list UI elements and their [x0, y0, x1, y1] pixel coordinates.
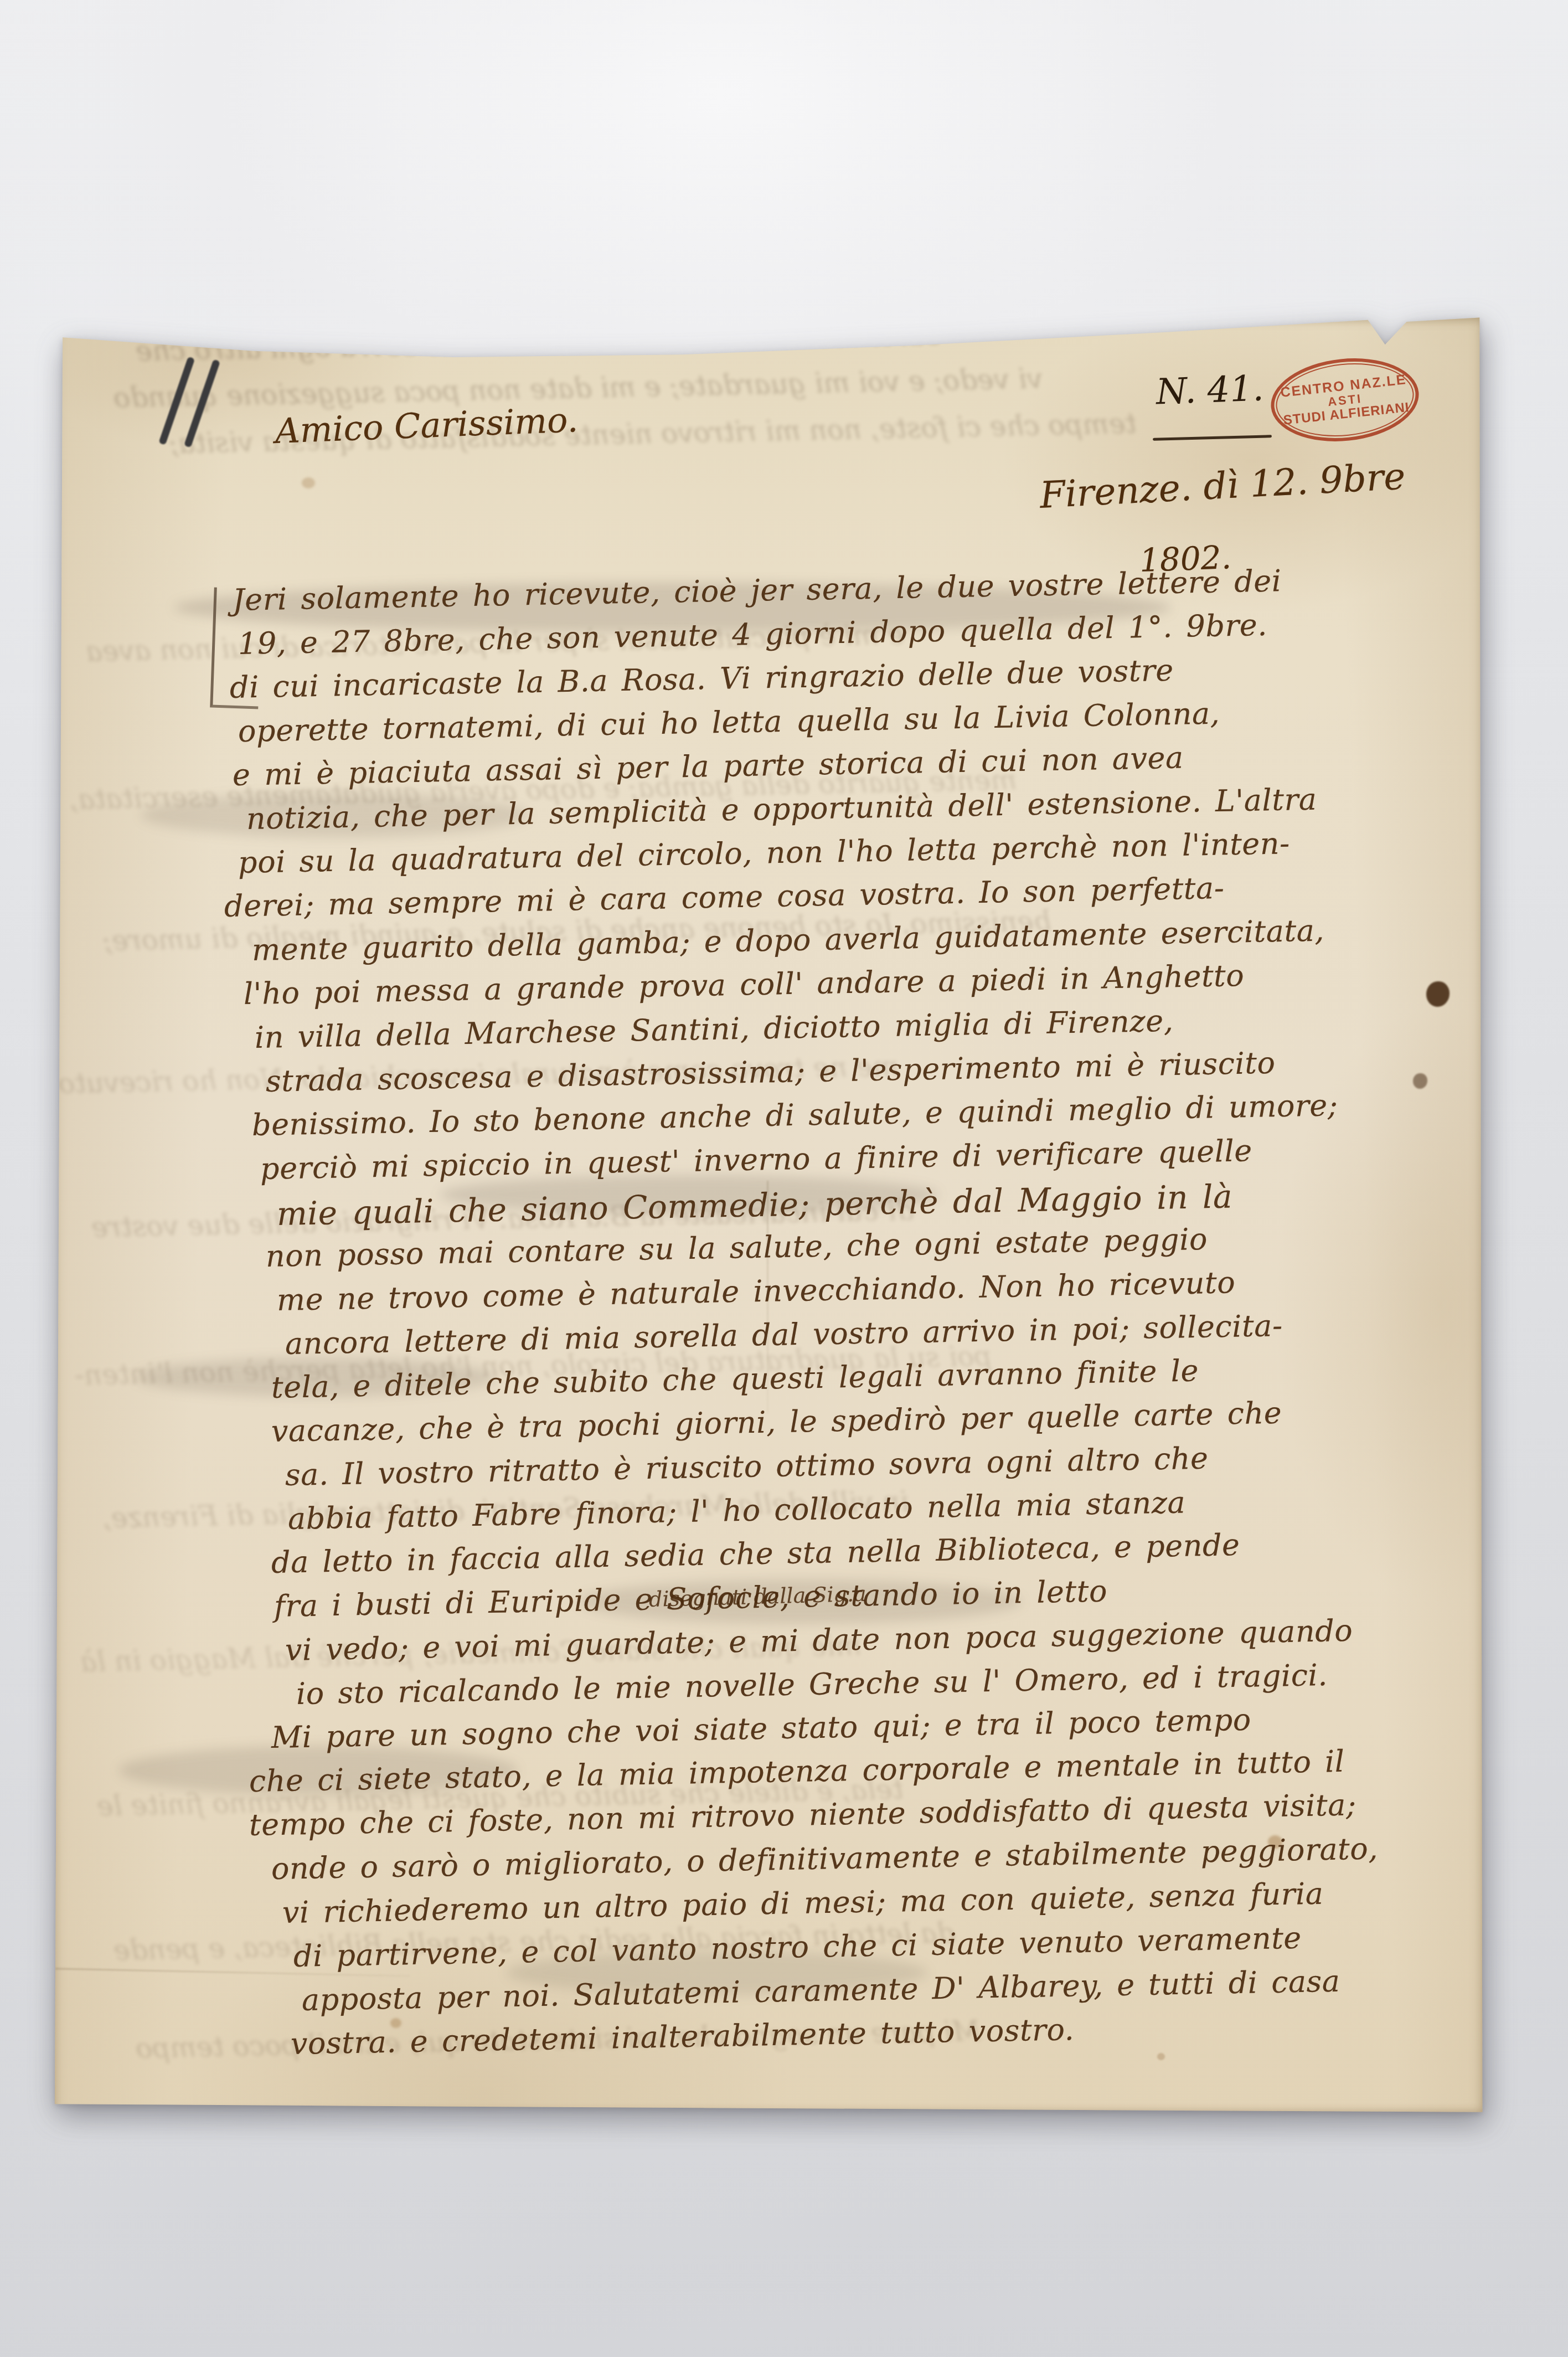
- foxing-spot: [302, 477, 315, 488]
- foxing-spot: [745, 2161, 754, 2169]
- bleedthrough-line: vi vedo; e voi mi guardate; e mi date no…: [114, 362, 1043, 414]
- manuscript-photo: sa. Il vostro ritratto è riuscito ottimo…: [0, 0, 1568, 2357]
- foxing-spot: [1157, 2053, 1165, 2060]
- graphite-smudge: [197, 2122, 651, 2172]
- library-stamp: CENTRO NAZ.LE ASTI STUDI ALFIERIANI: [1267, 351, 1423, 448]
- pencil-folio-number: [161, 354, 232, 457]
- archive-number: N. 41.: [1156, 368, 1265, 413]
- bleedthrough-line: sa. Il vostro ritratto è riuscito ottimo…: [136, 318, 940, 367]
